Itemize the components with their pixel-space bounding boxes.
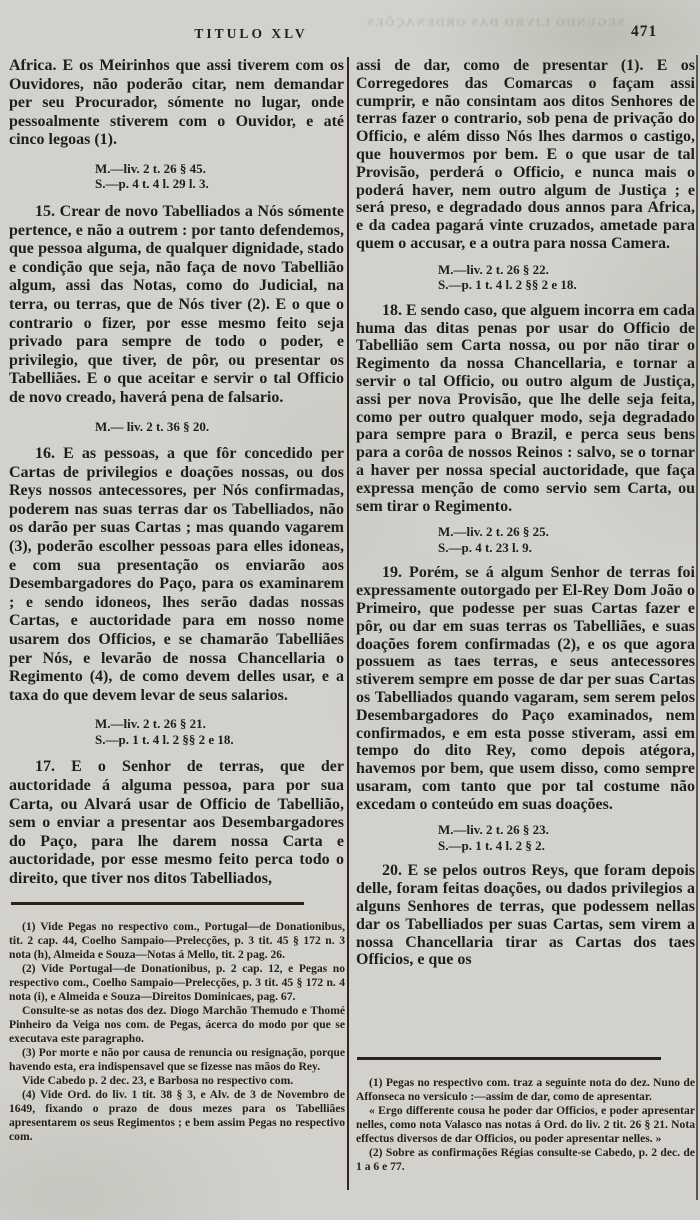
source-citation: M.—liv. 2 t. 26 § 21. S.—p. 1 t. 4 l. 2 …: [95, 716, 344, 747]
citation-line: M.—liv. 2 t. 26 § 21.: [95, 716, 344, 732]
bleedthrough-text: SEGUNDO LIVRO DAS ORDENAÇÕES: [350, 15, 640, 30]
law-paragraph-20: 20. E se pelos outros Reys, que foram de…: [356, 862, 695, 969]
left-footnotes: (1) Vide Pegas no respectivo com., Portu…: [9, 920, 345, 1144]
law-paragraph-continuation: assi de dar, como de presentar (1). E os…: [356, 57, 695, 253]
law-paragraph-15: 15. Crear de novo Tabelliados a Nós sóme…: [9, 203, 344, 408]
citation-line: S.—p. 1 t. 4 l. 2 §§ 2 e 18.: [438, 277, 695, 293]
citation-line: S.—p. 1 t. 4 l. 2 §§ 2 e 18.: [95, 732, 344, 748]
footnote: « Ergo differente cousa he poder dar Off…: [356, 1104, 695, 1146]
column-divider-rule: [347, 57, 349, 1190]
citation-line: M.—liv. 2 t. 26 § 23.: [438, 822, 695, 838]
law-paragraph-17: 17. E o Senhor de terras, que der auctor…: [9, 758, 344, 888]
source-citation: M.— liv. 2 t. 36 § 20.: [95, 419, 344, 435]
footnote: (1) Pegas no respectivo com. traz a segu…: [356, 1076, 695, 1104]
source-citation: M.—liv. 2 t. 26 § 23. S.—p. 1 t. 4 l. 2 …: [438, 822, 695, 853]
citation-line: M.—liv. 2 t. 26 § 25.: [438, 524, 695, 540]
source-citation: M.—liv. 2 t. 26 § 25. S.—p. 4 t. 23 l. 9…: [438, 524, 695, 555]
footnote: Vide Cabedo p. 2 dec. 23, e Barbosa no r…: [9, 1074, 345, 1088]
left-column: Africa. E os Meirinhos que assi tiverem …: [9, 57, 344, 888]
footnote: (4) Vide Ord. do liv. 1 tit. 38 § 3, e A…: [9, 1088, 345, 1144]
law-paragraph-16: 16. E as pessoas, a que fôr concedido pe…: [9, 445, 344, 705]
law-paragraph-19: 19. Porém, se á algum Senhor de terras f…: [356, 564, 695, 813]
footnote: (3) Por morte e não por causa de renunci…: [9, 1046, 345, 1074]
source-citation: M.—liv. 2 t. 26 § 22. S.—p. 1 t. 4 l. 2 …: [438, 262, 695, 293]
citation-line: S.—p. 4 t. 4 l. 29 l. 3.: [95, 176, 344, 192]
page-title: TITULO XLV: [194, 26, 307, 42]
footnote: (2) Sobre as confirmações Régias consult…: [356, 1146, 695, 1174]
scanned-book-page: { "colors": { "paper": "#d2d1cb", "ink":…: [0, 0, 700, 1220]
page-number: 471: [631, 23, 657, 41]
footnote: Consulte-se as notas dos dez. Diogo Marc…: [9, 1004, 345, 1046]
citation-line: S.—p. 4 t. 23 l. 9.: [438, 540, 695, 556]
citation-line: M.—liv. 2 t. 26 § 45.: [95, 161, 344, 177]
footnote: (2) Vide Portugal—de Donationibus, p. 2 …: [9, 962, 345, 1004]
footnote-separator-rule: [357, 1057, 661, 1060]
footnote-separator-rule: [11, 902, 304, 905]
citation-line: M.— liv. 2 t. 36 § 20.: [95, 419, 344, 435]
right-footnotes: (1) Pegas no respectivo com. traz a segu…: [356, 1076, 695, 1174]
citation-line: S.—p. 1 t. 4 l. 2 § 2.: [438, 838, 695, 854]
footnote: (1) Vide Pegas no respectivo com., Portu…: [9, 920, 345, 962]
law-paragraph-18: 18. E sendo caso, que alguem incorra em …: [356, 302, 695, 516]
source-citation: M.—liv. 2 t. 26 § 45. S.—p. 4 t. 4 l. 29…: [95, 161, 344, 192]
page-edge-rule: [696, 55, 698, 1200]
citation-line: M.—liv. 2 t. 26 § 22.: [438, 262, 695, 278]
law-paragraph-continuation: Africa. E os Meirinhos que assi tiverem …: [9, 57, 344, 150]
right-column: assi de dar, como de presentar (1). E os…: [356, 57, 695, 969]
